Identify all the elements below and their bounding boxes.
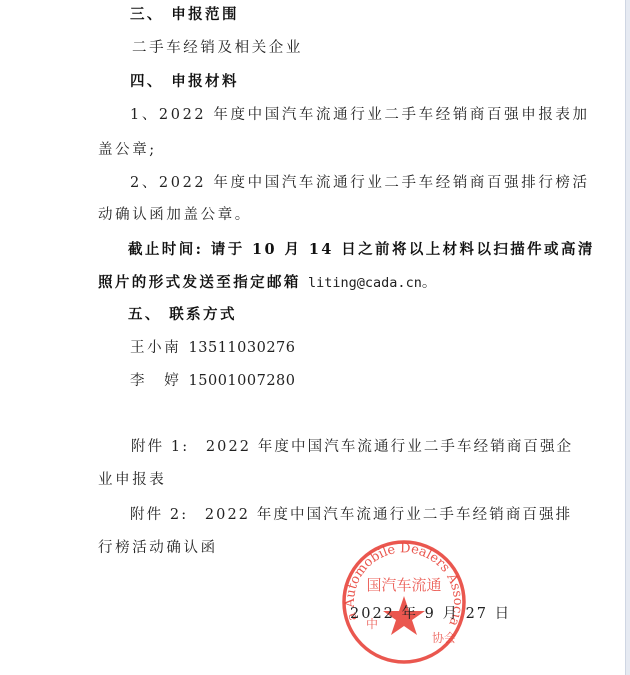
deadline-line2: 照片的形式发送至指定邮箱 liting@cada.cn。 [98,273,439,293]
material-item-2-line1: 2、2022 年度中国汽车流通行业二手车经销商百强排行榜活 [130,173,590,193]
official-seal-icon: China Automobile Dealers Association 国汽车… [340,538,468,666]
page-edge [625,0,630,675]
contact-name: 王小南 [130,340,181,356]
attachment-1-line2: 业申报表 [98,470,166,490]
contact-row-1: 王小南 13511030276 [130,338,296,358]
material-item-1-line1: 1、2022 年度中国汽车流通行业二手车经销商百强申报表加 [130,105,590,125]
email-link[interactable]: liting@cada.cn [308,275,422,291]
contact-name: 李 婷 [130,373,181,389]
attachment-2-line1: 附件 2: 2022 年度中国汽车流通行业二手车经销商百强排 [130,505,572,525]
document-date: 2022 年 9 月 27 日 [350,604,511,624]
deadline-line2-suffix: 。 [422,275,439,291]
section-heading-contact: 五、 联系方式 [128,305,237,325]
scope-text: 二手车经销及相关企业 [132,38,303,58]
deadline-line2-prefix: 照片的形式发送至指定邮箱 [98,274,301,291]
svg-text:国汽车流通: 国汽车流通 [366,576,441,594]
material-item-2-line2: 动确认函加盖公章。 [98,205,252,225]
section-heading-scope: 三、 申报范围 [130,5,239,25]
svg-text:协会: 协会 [432,630,456,645]
attachment-1-line1: 附件 1: 2022 年度中国汽车流通行业二手车经销商百强企 [131,437,573,457]
material-item-1-line2: 盖公章; [98,140,157,160]
contact-row-2: 李 婷 15001007280 [130,371,296,391]
section-heading-materials: 四、 申报材料 [130,72,239,92]
contact-phone: 15001007280 [189,373,296,389]
contact-phone: 13511030276 [189,340,296,356]
deadline-line1: 截止时间: 请于 10 月 14 日之前将以上材料以扫描件或高清 [128,240,595,260]
attachment-2-line2: 行榜活动确认函 [98,538,218,558]
document-page: 三、 申报范围 二手车经销及相关企业 四、 申报材料 1、2022 年度中国汽车… [0,0,626,675]
